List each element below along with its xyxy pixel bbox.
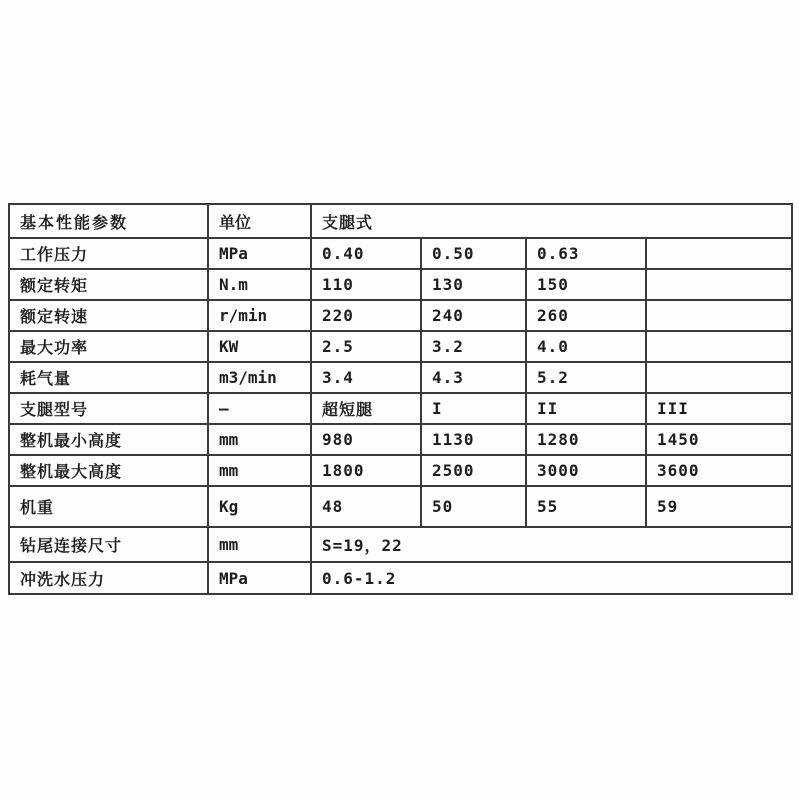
row-value: 55	[526, 486, 646, 527]
row-value-empty	[646, 331, 792, 362]
table-header-row: 基本性能参数 单位 支腿式	[9, 204, 792, 238]
row-label: 整机最小高度	[9, 424, 208, 455]
row-unit: —	[208, 393, 311, 424]
row-value: I	[421, 393, 526, 424]
row-unit: KW	[208, 331, 311, 362]
row-value: 2500	[421, 455, 526, 486]
table-row-leg-model: 支腿型号 — 超短腿 I II III	[9, 393, 792, 424]
row-unit: Kg	[208, 486, 311, 527]
row-label: 额定转矩	[9, 269, 208, 300]
row-value: 3.2	[421, 331, 526, 362]
row-value: 4.3	[421, 362, 526, 393]
row-unit: MPa	[208, 238, 311, 269]
row-unit: N.m	[208, 269, 311, 300]
table-row-rated-speed: 额定转速 r/min 220 240 260	[9, 300, 792, 331]
table-row-air-consumption: 耗气量 m3/min 3.4 4.3 5.2	[9, 362, 792, 393]
row-value: 50	[421, 486, 526, 527]
row-label: 最大功率	[9, 331, 208, 362]
row-value-empty	[646, 269, 792, 300]
row-unit: mm	[208, 455, 311, 486]
table-row-flush-water-pressure: 冲洗水压力 MPa 0.6-1.2	[9, 562, 792, 594]
row-value-empty	[646, 300, 792, 331]
page: 基本性能参数 单位 支腿式 工作压力 MPa 0.40 0.50 0.63 额定…	[0, 0, 799, 799]
row-value: 150	[526, 269, 646, 300]
row-value: 1800	[311, 455, 421, 486]
row-value: 0.40	[311, 238, 421, 269]
row-value: 5.2	[526, 362, 646, 393]
row-label: 机重	[9, 486, 208, 527]
row-value: 1130	[421, 424, 526, 455]
row-value: 0.63	[526, 238, 646, 269]
row-value: 超短腿	[311, 393, 421, 424]
row-label: 冲洗水压力	[9, 562, 208, 594]
row-value: 59	[646, 486, 792, 527]
row-value: 3600	[646, 455, 792, 486]
header-unit: 单位	[208, 204, 311, 238]
row-value: III	[646, 393, 792, 424]
row-label: 工作压力	[9, 238, 208, 269]
table-row-rated-torque: 额定转矩 N.m 110 130 150	[9, 269, 792, 300]
table-row-machine-weight: 机重 Kg 48 50 55 59	[9, 486, 792, 527]
row-value: 4.0	[526, 331, 646, 362]
row-value-empty	[646, 362, 792, 393]
row-value: 2.5	[311, 331, 421, 362]
row-value: 220	[311, 300, 421, 331]
row-value-empty	[646, 238, 792, 269]
table-row-shank-size: 钻尾连接尺寸 mm S=19，22	[9, 527, 792, 562]
table-row-working-pressure: 工作压力 MPa 0.40 0.50 0.63	[9, 238, 792, 269]
row-label: 额定转速	[9, 300, 208, 331]
row-value: 240	[421, 300, 526, 331]
spec-table: 基本性能参数 单位 支腿式 工作压力 MPa 0.40 0.50 0.63 额定…	[8, 203, 793, 595]
row-span-value: S=19，22	[311, 527, 792, 562]
row-value: 1280	[526, 424, 646, 455]
row-label: 整机最大高度	[9, 455, 208, 486]
row-unit: m3/min	[208, 362, 311, 393]
row-value: 980	[311, 424, 421, 455]
row-unit: MPa	[208, 562, 311, 594]
row-value: 0.50	[421, 238, 526, 269]
row-unit: mm	[208, 424, 311, 455]
header-param: 基本性能参数	[9, 204, 208, 238]
row-unit: mm	[208, 527, 311, 562]
row-value: 260	[526, 300, 646, 331]
row-value: 110	[311, 269, 421, 300]
row-value: 3.4	[311, 362, 421, 393]
row-unit: r/min	[208, 300, 311, 331]
row-value: 3000	[526, 455, 646, 486]
table-row-min-height: 整机最小高度 mm 980 1130 1280 1450	[9, 424, 792, 455]
row-span-value: 0.6-1.2	[311, 562, 792, 594]
header-type: 支腿式	[311, 204, 792, 238]
row-value: 130	[421, 269, 526, 300]
table-row-max-power: 最大功率 KW 2.5 3.2 4.0	[9, 331, 792, 362]
row-value: 48	[311, 486, 421, 527]
row-value: II	[526, 393, 646, 424]
row-value: 1450	[646, 424, 792, 455]
table-row-max-height: 整机最大高度 mm 1800 2500 3000 3600	[9, 455, 792, 486]
row-label: 支腿型号	[9, 393, 208, 424]
row-label: 钻尾连接尺寸	[9, 527, 208, 562]
row-label: 耗气量	[9, 362, 208, 393]
